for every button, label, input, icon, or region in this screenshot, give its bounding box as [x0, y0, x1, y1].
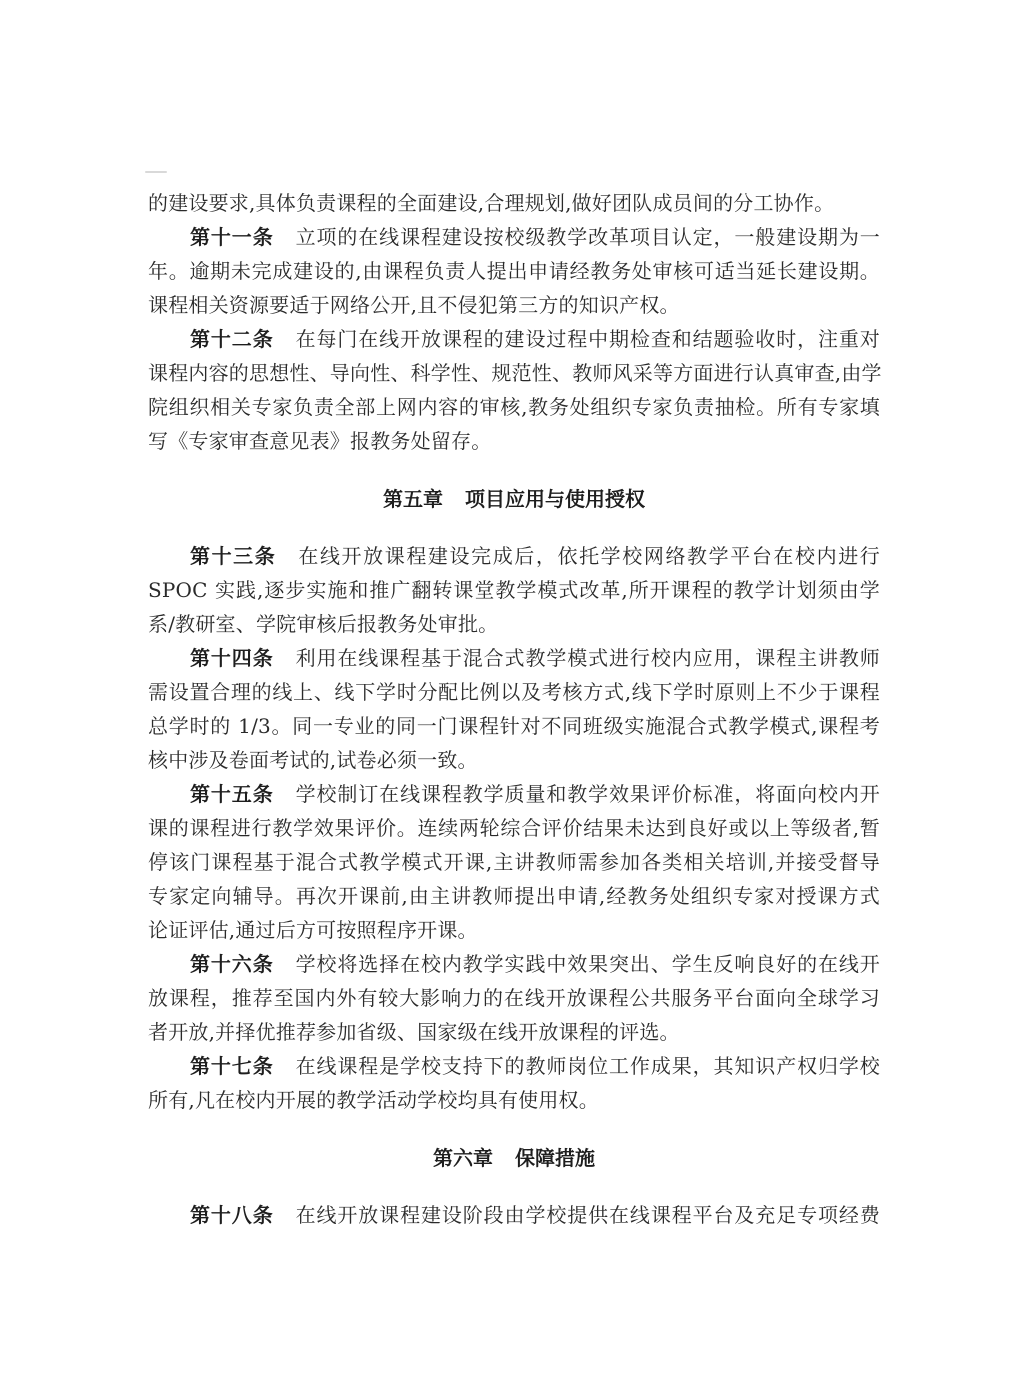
- article-11: 第十一条立项的在线课程建设按校级教学改革项目认定，一般建设期为一 年。逾期未完成…: [148, 220, 880, 322]
- article-number: 第十一条: [190, 225, 274, 249]
- article-line: 专家定向辅导。再次开课前,由主讲教师提出申请,经教务处组织专家对授课方式: [148, 879, 880, 913]
- article-line: 总学时的 1/3。同一专业的同一门课程针对不同班级实施混合式教学模式,课程考: [148, 709, 880, 743]
- chapter-number: 第六章: [433, 1146, 493, 1170]
- article-line: 系/教研室、学院审核后报教务处审批。: [148, 607, 880, 641]
- article-18: 第十八条在线开放课程建设阶段由学校提供在线课程平台及充足专项经费: [148, 1198, 880, 1232]
- chapter-6-heading: 第六章保障措施: [148, 1141, 880, 1175]
- article-15: 第十五条学校制订在线课程教学质量和教学效果评价标准，将面向校内开 课的课程进行教…: [148, 777, 880, 947]
- article-line: 课程相关资源要适于网络公开,且不侵犯第三方的知识产权。: [148, 288, 880, 322]
- article-number: 第十五条: [190, 782, 274, 806]
- article-13: 第十三条在线开放课程建设完成后，依托学校网络教学平台在校内进行 SPOC 实践,…: [148, 539, 880, 641]
- article-text: 在线课程是学校支持下的教师岗位工作成果，其知识产权归学校: [296, 1054, 880, 1078]
- article-number: 第十六条: [190, 952, 274, 976]
- article-text: 立项的在线课程建设按校级教学改革项目认定，一般建设期为一: [296, 225, 880, 249]
- article-first-line: 第十二条在每门在线开放课程的建设过程中期检查和结题验收时，注重对: [148, 322, 880, 356]
- article-line: 课程内容的思想性、导向性、科学性、规范性、教师风采等方面进行认真审查,由学: [148, 356, 880, 390]
- chapter-title: 保障措施: [515, 1146, 595, 1170]
- chapter-number: 第五章: [383, 487, 443, 511]
- article-line: 核中涉及卷面考试的,试卷必须一致。: [148, 743, 880, 777]
- article-text: 在线开放课程建设阶段由学校提供在线课程平台及充足专项经费: [296, 1203, 880, 1227]
- scan-artifact-mark: [145, 171, 167, 173]
- document-page: 的建设要求,具体负责课程的全面建设,合理规划,做好团队成员间的分工协作。 第十一…: [148, 186, 880, 1232]
- chapter-title: 项目应用与使用授权: [465, 487, 645, 511]
- article-line: 所有,凡在校内开展的教学活动学校均具有使用权。: [148, 1083, 880, 1117]
- article-number: 第十三条: [190, 544, 276, 568]
- article-text: 在每门在线开放课程的建设过程中期检查和结题验收时，注重对: [296, 327, 880, 351]
- article-line: 年。逾期未完成建设的,由课程负责人提出申请经教务处审核可适当延长建设期。: [148, 254, 880, 288]
- article-first-line: 第十七条在线课程是学校支持下的教师岗位工作成果，其知识产权归学校: [148, 1049, 880, 1083]
- article-number: 第十八条: [190, 1203, 274, 1227]
- article-first-line: 第十八条在线开放课程建设阶段由学校提供在线课程平台及充足专项经费: [148, 1198, 880, 1232]
- article-14: 第十四条利用在线课程基于混合式教学模式进行校内应用，课程主讲教师 需设置合理的线…: [148, 641, 880, 777]
- article-first-line: 第十五条学校制订在线课程教学质量和教学效果评价标准，将面向校内开: [148, 777, 880, 811]
- article-first-line: 第十一条立项的在线课程建设按校级教学改革项目认定，一般建设期为一: [148, 220, 880, 254]
- article-line: 者开放,并择优推荐参加省级、国家级在线开放课程的评选。: [148, 1015, 880, 1049]
- article-text: 学校将选择在校内教学实践中效果突出、学生反响良好的在线开: [296, 952, 880, 976]
- article-line: 需设置合理的线上、线下学时分配比例以及考核方式,线下学时原则上不少于课程: [148, 675, 880, 709]
- chapter-5-heading: 第五章项目应用与使用授权: [148, 482, 880, 516]
- article-number: 第十四条: [190, 646, 274, 670]
- article-first-line: 第十三条在线开放课程建设完成后，依托学校网络教学平台在校内进行: [148, 539, 880, 573]
- continuation-line: 的建设要求,具体负责课程的全面建设,合理规划,做好团队成员间的分工协作。: [148, 186, 880, 220]
- article-line: 课的课程进行教学效果评价。连续两轮综合评价结果未达到良好或以上等级者,暂: [148, 811, 880, 845]
- article-line: 放课程，推荐至国内外有较大影响力的在线开放课程公共服务平台面向全球学习: [148, 981, 880, 1015]
- article-line: 论证评估,通过后方可按照程序开课。: [148, 913, 880, 947]
- article-12: 第十二条在每门在线开放课程的建设过程中期检查和结题验收时，注重对 课程内容的思想…: [148, 322, 880, 458]
- article-first-line: 第十六条学校将选择在校内教学实践中效果突出、学生反响良好的在线开: [148, 947, 880, 981]
- article-text: 学校制订在线课程教学质量和教学效果评价标准，将面向校内开: [296, 782, 880, 806]
- article-line: 院组织相关专家负责全部上网内容的审核,教务处组织专家负责抽检。所有专家填: [148, 390, 880, 424]
- article-16: 第十六条学校将选择在校内教学实践中效果突出、学生反响良好的在线开 放课程，推荐至…: [148, 947, 880, 1049]
- article-line: 停该门课程基于混合式教学模式开课,主讲教师需参加各类相关培训,并接受督导: [148, 845, 880, 879]
- article-number: 第十二条: [190, 327, 274, 351]
- article-17: 第十七条在线课程是学校支持下的教师岗位工作成果，其知识产权归学校 所有,凡在校内…: [148, 1049, 880, 1117]
- article-line: SPOC 实践,逐步实施和推广翻转课堂教学模式改革,所开课程的教学计划须由学: [148, 573, 880, 607]
- article-number: 第十七条: [190, 1054, 274, 1078]
- article-first-line: 第十四条利用在线课程基于混合式教学模式进行校内应用，课程主讲教师: [148, 641, 880, 675]
- article-line: 写《专家审查意见表》报教务处留存。: [148, 424, 880, 458]
- article-text: 利用在线课程基于混合式教学模式进行校内应用，课程主讲教师: [296, 646, 880, 670]
- article-text: 在线开放课程建设完成后，依托学校网络教学平台在校内进行: [298, 544, 880, 568]
